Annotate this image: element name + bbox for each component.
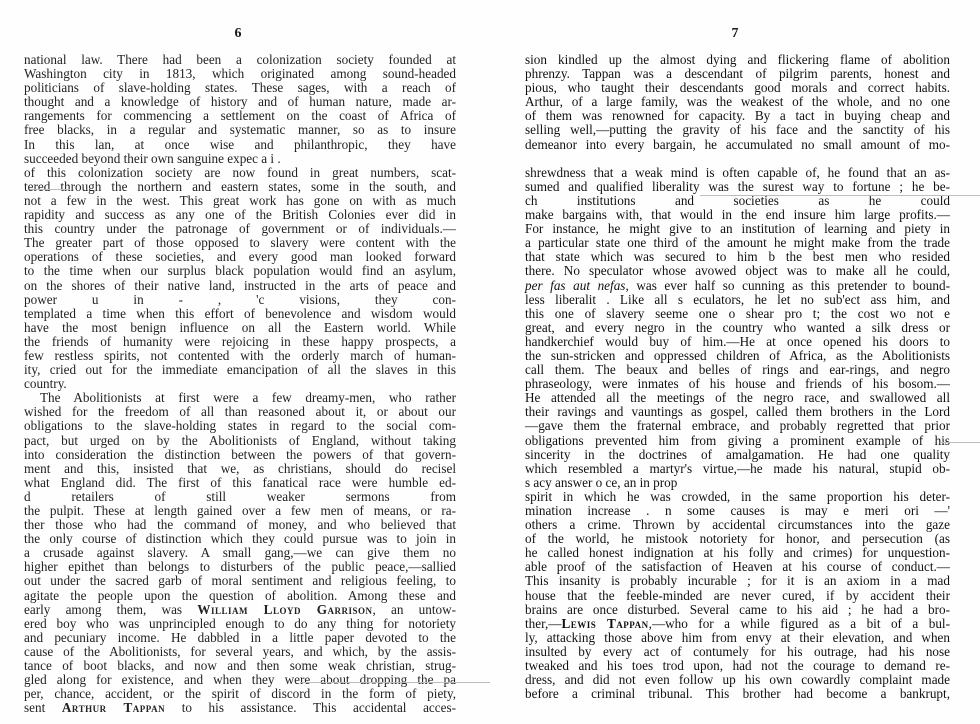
text-line: out under the sacred garb of moral senti…: [24, 574, 456, 588]
text-line: For instance, he might give to an instit…: [525, 222, 950, 236]
text-line: of this colonization society are now fou…: [24, 166, 456, 180]
text-line: dress, and did not even follow up his ow…: [525, 673, 950, 687]
text-line: this country under the patronage of gove…: [24, 222, 456, 236]
text-line: the sun-stricken and oppressed children …: [525, 349, 950, 363]
text-line: handkerchief would buy of him.—He at onc…: [525, 335, 950, 349]
text-line: demeanor into every bargain, he accumula…: [525, 138, 950, 152]
scan-artifact-line: [30, 189, 70, 190]
text-line: sent Arthur Tappan to his assistance. Th…: [24, 701, 456, 715]
text-line: The Abolitionists at first were a few dr…: [24, 391, 456, 405]
text-line: sion kindled up the almost dying and fli…: [525, 53, 950, 67]
text-line: the pulpit. These at length gained over …: [24, 504, 456, 518]
text-line: pact, but urged on by the Abolitionists …: [24, 434, 456, 448]
text-line: the friends of humanity were rejoicing i…: [24, 335, 456, 349]
text-line: higher epithet than belongs to disturber…: [24, 560, 456, 574]
text-line: rangements for commencing a settlement o…: [24, 109, 456, 123]
text-line: ly, attacking those above him from envy …: [525, 631, 950, 645]
text-line: rapidity and success as any one of the B…: [24, 208, 456, 222]
text-line: ity, cried out for the immediate emancip…: [24, 363, 456, 377]
text-line: politicians of slave-holding states. The…: [24, 81, 456, 95]
text-line: tered through the northern and eastern s…: [24, 180, 456, 194]
scan-artifact-line: [940, 442, 980, 443]
text-line: In this lan, at once wise and philanthro…: [24, 138, 456, 152]
text-line: he called honest indignation at his foll…: [525, 546, 950, 560]
left-page-text: national law. There had been a colonizat…: [24, 53, 456, 715]
left-page: 6 national law. There had been a coloniz…: [0, 0, 490, 724]
text-line: house that the feeble-minded are never c…: [525, 589, 950, 603]
scan-artifact-line: [300, 682, 490, 683]
text-line: this one of slavery seeme one o shear pr…: [525, 307, 950, 321]
text-line: less liberalit . Like all s eculators, h…: [525, 293, 950, 307]
text-line: brains are once disturbed. Several came …: [525, 603, 950, 617]
text-line: selling well,—putting the gravity of his…: [525, 123, 950, 137]
latin-phrase: per fas aut nefas: [525, 278, 625, 293]
book-spread: 6 national law. There had been a coloniz…: [0, 0, 980, 724]
page-number: 6: [228, 26, 248, 42]
text-line: power u in - , 'c visions, they con-: [24, 293, 456, 307]
text-line: on the shores of their native land, inst…: [24, 279, 456, 293]
text-line: make bargains with, that would in the en…: [525, 208, 950, 222]
text-line: The greater part of those opposed to sla…: [24, 236, 456, 250]
text-line: thought and a knowledge of history and o…: [24, 95, 456, 109]
text-line: few restless spirits, not contented with…: [24, 349, 456, 363]
text-line: phrenzy. Tappan was a descendant of pilg…: [525, 67, 950, 81]
person-name: Arthur Tappan: [62, 700, 165, 715]
text-line: obligations prevented him from giving a …: [525, 434, 950, 448]
text-line: have the most benign influence on all th…: [24, 321, 456, 335]
text-line: early among them, was William Lloyd Garr…: [24, 603, 456, 617]
text-line: gled along for existence, and when they …: [24, 673, 456, 687]
text-line: This insanity is probably incurable ; fo…: [525, 574, 950, 588]
text-line: sincerity in the doctrines of amalgamati…: [525, 448, 950, 462]
right-page: 7 sion kindled up the almost dying and f…: [490, 0, 980, 724]
text-line: their ravings and vauntings as gospel, c…: [525, 405, 950, 419]
text-line: national law. There had been a colonizat…: [24, 53, 456, 67]
text-line: succeeded beyond their own sanguine expe…: [24, 152, 456, 166]
text-line: insulted by every act of contumely for h…: [525, 645, 950, 659]
text-line: agitate the people upon the question of …: [24, 589, 456, 603]
text-line: call them. The beaux and belles of rings…: [525, 363, 950, 377]
text-line: wished for the freedom of all than reaso…: [24, 405, 456, 419]
text-line: spirit in which he was crowded, in the s…: [525, 490, 950, 504]
text-line: not a few in the west. This great work h…: [24, 194, 456, 208]
text-line: there. No speculator whose avowed object…: [525, 264, 950, 278]
text-line: [525, 152, 950, 166]
text-line: per, chance, accident, or the spirit of …: [24, 687, 456, 701]
person-name: William Lloyd Garrison: [197, 602, 372, 617]
text-line: Arthur, of a large family, was the weake…: [525, 95, 950, 109]
text-line: country.: [24, 377, 456, 391]
text-line: of the world, he mistook notoriety for h…: [525, 532, 950, 546]
text-line: to the time when our surplus black popul…: [24, 264, 456, 278]
text-line: cause of the Abolitionists, for several …: [24, 645, 456, 659]
scan-artifact-line: [700, 195, 980, 196]
text-line: templated a time when this effort of ben…: [24, 307, 456, 321]
text-line: pious, who taught their descendants good…: [525, 81, 950, 95]
text-line: d retailers of still weaker sermons from: [24, 490, 456, 504]
text-line: others a crime. Thrown by accidental cir…: [525, 518, 950, 532]
text-line: great, and every negro in the country wh…: [525, 321, 950, 335]
page-number: 7: [725, 26, 745, 42]
text-line: and pecuniary income. He dabbled in a li…: [24, 631, 456, 645]
text-line: ered boy who was unprincipled enough to …: [24, 617, 456, 631]
text-line: He attended all the meetings of the negr…: [525, 391, 950, 405]
text-line: Washington city in 1813, which originate…: [24, 67, 456, 81]
text-line: a crusade against slavery. A small gang,…: [24, 546, 456, 560]
text-line: the only course of distinction which the…: [24, 532, 456, 546]
text-line: able proof of the satisfaction of Heaven…: [525, 560, 950, 574]
text-line: mination increase . n some causes is may…: [525, 504, 950, 518]
text-line: s acy answer o ce, an in prop: [525, 476, 950, 490]
text-line: that state which was secured to him b th…: [525, 250, 950, 264]
text-line: tance of boot blacks, and now and then s…: [24, 659, 456, 673]
text-line: tweaked and his toes trod upon, had not …: [525, 659, 950, 673]
text-line: a particular state one third of the amou…: [525, 236, 950, 250]
text-line: free blacks, in a regular and systematic…: [24, 123, 456, 137]
text-line: ch institutions and societies as he coul…: [525, 194, 950, 208]
text-line: phraseology, were inmates of his house a…: [525, 377, 950, 391]
text-line: ther,—Lewis Tappan,—who for a while figu…: [525, 617, 950, 631]
text-line: per fas aut nefas, was ever half so cunn…: [525, 279, 950, 293]
right-page-text: sion kindled up the almost dying and fli…: [525, 53, 950, 701]
text-line: operations of these societies, and every…: [24, 250, 456, 264]
text-line: sumed and qualified liberality was the s…: [525, 180, 950, 194]
text-line: which resembled a martyr's virtue,—he ma…: [525, 462, 950, 476]
text-line: ment and this, insisted that we, as chri…: [24, 462, 456, 476]
text-line: —gave them the fraternal embrace, and pr…: [525, 419, 950, 433]
text-line: ther those who had the command of money,…: [24, 518, 456, 532]
text-line: what England did. The first of this fana…: [24, 476, 456, 490]
text-line: shrewdness that a weak mind is often cap…: [525, 166, 950, 180]
text-line: obligations to the slave-holding states …: [24, 419, 456, 433]
person-name: Lewis Tappan: [561, 616, 648, 631]
text-line: before a criminal tribunal. This brother…: [525, 687, 950, 701]
text-line: into consideration the distinction betwe…: [24, 448, 456, 462]
text-line: of them was renowned for capacity. By a …: [525, 109, 950, 123]
